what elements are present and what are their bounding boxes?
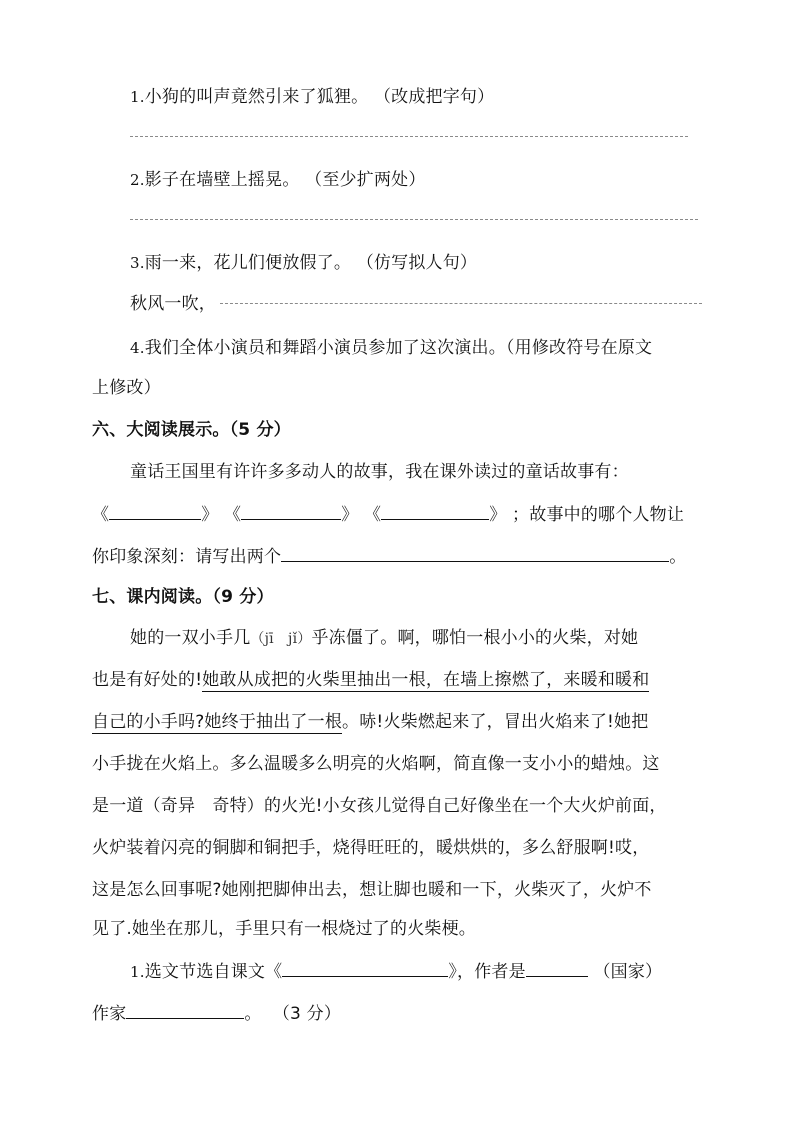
- question-number: 1.: [130, 963, 145, 981]
- passage-line-2: 也是有好处的!她敢从成把的火柴里抽出一根，在墙上擦燃了，来暖和暖和: [92, 669, 649, 691]
- book-bracket-open: 《: [224, 505, 241, 525]
- section-score: （9 分）: [212, 587, 273, 607]
- section-6-heading: 六、大阅读展示。（5 分）: [92, 419, 291, 441]
- passage-line-5: 是一道（奇异 奇特）的火光!小女孩儿觉得自己好像坐在一个大火炉前面，: [92, 795, 667, 817]
- underlined-text: 自己的小手吗?她终于抽出了一根: [92, 712, 342, 734]
- question-hint: （改成把字句）: [374, 87, 494, 107]
- section-title: 七、课内阅读。: [92, 587, 212, 607]
- question-text: 作家: [92, 1004, 126, 1024]
- question-number: 3.: [130, 254, 145, 272]
- passage-line-8: 见了.她坐在那儿，手里只有一根烧过了的火柴梗。: [92, 918, 476, 940]
- underlined-text: 她敢从成把的火柴里抽出一根，在墙上擦燃了，来暖和暖和: [202, 670, 649, 692]
- book-bracket-open: 《: [92, 505, 109, 525]
- book-title-blank-1[interactable]: [109, 503, 201, 520]
- question-5-4-cont: 上修改）: [92, 377, 161, 399]
- book-bracket-open: 《: [364, 505, 381, 525]
- question-7-1: 1.选文节选自课文《》，作者是 （国家）: [130, 960, 662, 983]
- book-title-blank-2[interactable]: [241, 503, 341, 520]
- answer-line-q3[interactable]: [220, 303, 702, 304]
- question-5-3: 3.雨一来，花儿们便放假了。 （仿写拟人句）: [130, 252, 477, 274]
- period: 。: [669, 547, 686, 567]
- question-5-1: 1.小狗的叫声竟然引来了狐狸。 （改成把字句）: [130, 86, 494, 108]
- passage-line-6: 火炉装着闪亮的铜脚和铜把手，烧得旺旺的，暖烘烘的，多么舒服啊!哎，: [92, 837, 649, 859]
- question-number: 1.: [130, 88, 145, 106]
- passage-line-1: 她的一双小手几（jī jǐ）乎冻僵了。啊，哪怕一根小小的火柴，对她: [130, 627, 638, 650]
- passage-line-7: 这是怎么回事呢?她刚把脚伸出去，想让脚也暖和一下，火柴灭了，火炉不: [92, 879, 652, 901]
- question-text: 影子在墙壁上摇晃。: [145, 170, 300, 190]
- question-hint: （仿写拟人句）: [357, 253, 477, 273]
- section-6-line2: 《》 《》 《》 ；故事中的哪个人物让: [92, 503, 684, 526]
- answer-line-q2[interactable]: [130, 219, 698, 220]
- book-bracket-close: 》: [341, 505, 358, 525]
- question-7-1-cont: 作家。 （3 分）: [92, 1002, 341, 1025]
- question-text: 选文节选自课文《: [145, 962, 283, 982]
- question-5-3-prompt: 秋风一吹，: [130, 293, 216, 315]
- passage-line-3: 自己的小手吗?她终于抽出了一根。哧!火柴燃起来了，冒出火焰来了!她把: [92, 711, 648, 733]
- passage-text: 。哧!火柴燃起来了，冒出火焰来了!她把: [342, 712, 648, 732]
- section-title: 六、大阅读展示。: [92, 420, 230, 440]
- period: 。: [244, 1004, 261, 1024]
- book-title-blank-3[interactable]: [381, 503, 489, 520]
- question-text: 小狗的叫声竟然引来了狐狸。: [145, 87, 369, 107]
- passage-text: 乎冻僵了。啊，哪怕一根小小的火柴，对她: [311, 628, 638, 648]
- section-6-line2-tail: ；故事中的哪个人物让: [512, 505, 684, 525]
- answer-line-q1[interactable]: [130, 136, 688, 137]
- question-text: 》，作者是: [448, 962, 526, 982]
- section-6-line3: 你印象深刻：请写出两个。: [92, 545, 686, 568]
- pinyin-choice[interactable]: （jī jǐ）: [250, 631, 311, 647]
- passage-line-4: 小手拢在火焰上。多么温暖多么明亮的火焰啊，简直像一支小小的蜡烛。这: [92, 753, 660, 775]
- section-6-line1: 童话王国里有许许多多动人的故事，我在课外读过的童话故事有：: [130, 461, 629, 483]
- question-5-2: 2.影子在墙壁上摇晃。 （至少扩两处）: [130, 169, 426, 191]
- section-score: （5 分）: [230, 420, 291, 440]
- lesson-title-blank[interactable]: [282, 960, 448, 977]
- country-blank[interactable]: [126, 1002, 244, 1019]
- question-text: 雨一来，花儿们便放假了。: [145, 253, 351, 273]
- section-7-heading: 七、课内阅读。（9 分）: [92, 586, 274, 608]
- passage-text: 也是有好处的!: [92, 670, 202, 690]
- question-5-4: 4.我们全体小演员和舞蹈小演员参加了这次演出。（用修改符号在原文: [130, 337, 652, 359]
- question-number: 2.: [130, 171, 145, 189]
- question-score: （3 分）: [273, 1004, 341, 1024]
- author-blank[interactable]: [526, 960, 588, 977]
- passage-text: 她的一双小手几: [130, 628, 250, 648]
- question-text: （国家）: [593, 962, 662, 982]
- question-text: 我们全体小演员和舞蹈小演员参加了这次演出。（用修改符号在原文: [145, 338, 653, 358]
- question-hint: （至少扩两处）: [305, 170, 425, 190]
- book-bracket-close: 》: [201, 505, 218, 525]
- book-bracket-close: 》: [489, 505, 506, 525]
- character-blank[interactable]: [281, 545, 669, 562]
- question-number: 4.: [130, 339, 145, 357]
- section-6-prompt: 你印象深刻：请写出两个: [92, 547, 281, 567]
